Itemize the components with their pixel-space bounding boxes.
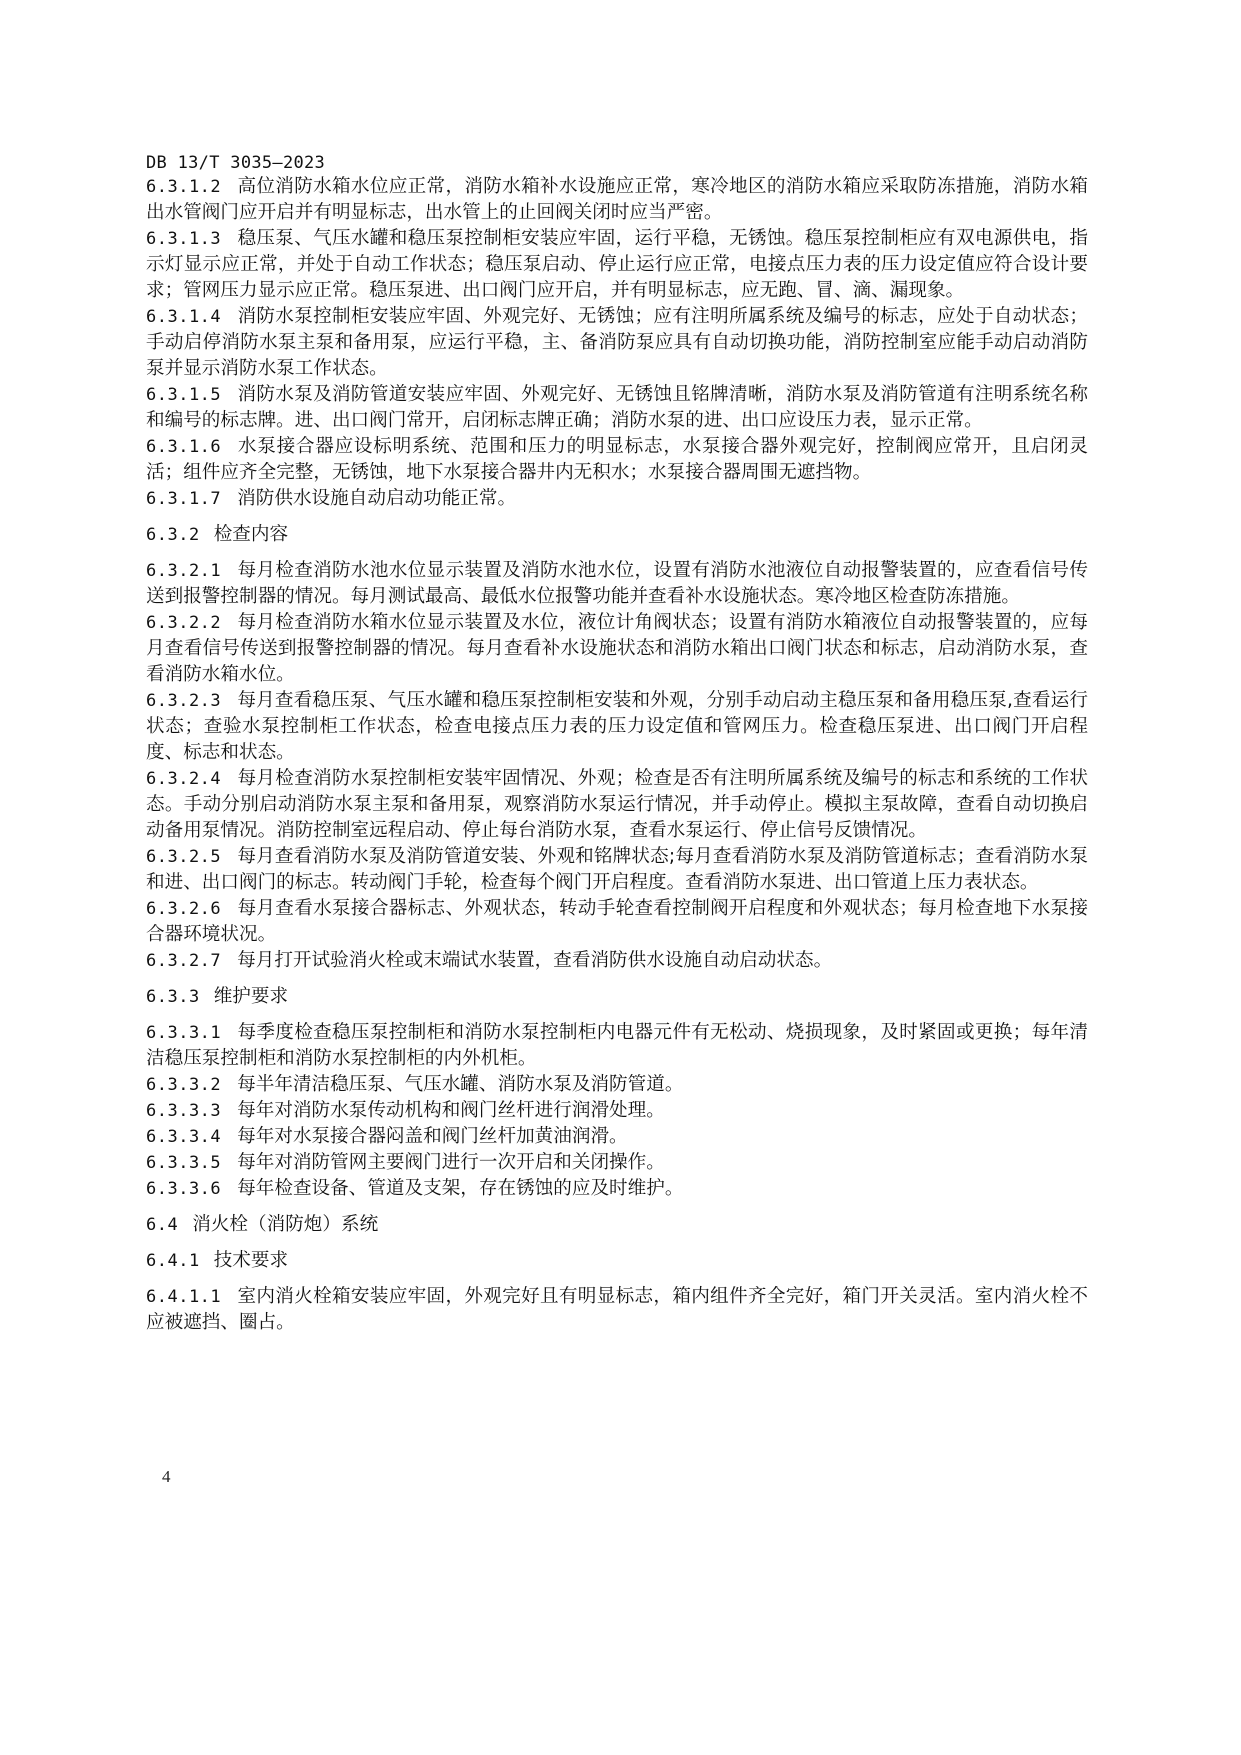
clause-6-3-1-6: 6.3.1.6水泵接合器应设标明系统、范围和压力的明显标志，水泵接合器外观完好，…	[146, 434, 1088, 486]
clause-text: 消防水泵及消防管道安装应牢固、外观完好、无锈蚀且铭牌清晰，消防水泵及消防管道有注…	[146, 384, 1088, 431]
section-heading-6-3-2: 6.3.2检查内容	[146, 522, 1088, 548]
section-heading-6-4: 6.4消火栓（消防炮）系统	[146, 1212, 1088, 1238]
clause-number: 6.3.3.5	[146, 1153, 221, 1173]
standard-header: DB 13/T 3035—2023	[146, 153, 325, 173]
section-title: 维护要求	[214, 986, 288, 1007]
clause-number: 6.3.1.3	[146, 229, 221, 249]
clause-6-3-2-3: 6.3.2.3每月查看稳压泵、气压水罐和稳压泵控制柜安装和外观，分别手动启动主稳…	[146, 688, 1088, 766]
clause-number: 6.3.2.6	[146, 899, 221, 919]
clause-text: 每月检查消防水泵控制柜安装牢固情况、外观；检查是否有注明所属系统及编号的标志和系…	[146, 768, 1088, 841]
section-title: 检查内容	[214, 524, 288, 545]
clause-number: 6.3.3.1	[146, 1023, 221, 1043]
clause-text: 消防水泵控制柜安装应牢固、外观完好、无锈蚀；应有注明所属系统及编号的标志，应处于…	[146, 306, 1088, 379]
clause-number: 6.3.2.1	[146, 561, 221, 581]
clause-text: 每年对水泵接合器闷盖和阀门丝杆加黄油润滑。	[237, 1126, 627, 1147]
section-number: 6.4.1	[146, 1251, 200, 1271]
clause-text: 每年检查设备、管道及支架，存在锈蚀的应及时维护。	[237, 1178, 683, 1199]
clause-text: 每年对消防管网主要阀门进行一次开启和关闭操作。	[237, 1152, 665, 1173]
section-title: 消火栓（消防炮）系统	[192, 1214, 378, 1235]
clause-6-3-2-5: 6.3.2.5每月查看消防水泵及消防管道安装、外观和铭牌状态;每月查看消防水泵及…	[146, 844, 1088, 896]
clause-text: 每月查看水泵接合器标志、外观状态，转动手轮查看控制阀开启程度和外观状态；每月检查…	[146, 898, 1088, 945]
clause-text: 每月检查消防水箱水位显示装置及水位，液位计角阀状态；设置有消防水箱液位自动报警装…	[146, 612, 1088, 685]
clause-number: 6.3.2.4	[146, 769, 221, 789]
clause-6-3-3-4: 6.3.3.4每年对水泵接合器闷盖和阀门丝杆加黄油润滑。	[146, 1124, 1088, 1150]
section-number: 6.3.3	[146, 987, 200, 1007]
clause-6-3-3-3: 6.3.3.3每年对消防水泵传动机构和阀门丝杆进行润滑处理。	[146, 1098, 1088, 1124]
clause-number: 6.3.3.3	[146, 1101, 221, 1121]
document-body: 6.3.1.2高位消防水箱水位应正常，消防水箱补水设施应正常，寒冷地区的消防水箱…	[146, 174, 1088, 1336]
clause-text: 室内消火栓箱安装应牢固，外观完好且有明显标志，箱内组件齐全完好，箱门开关灵活。室…	[146, 1286, 1088, 1333]
clause-text: 每季度检查稳压泵控制柜和消防水泵控制柜内电器元件有无松动、烧损现象，及时紧固或更…	[146, 1022, 1088, 1069]
clause-number: 6.3.2.7	[146, 951, 221, 971]
clause-6-3-2-1: 6.3.2.1每月检查消防水池水位显示装置及消防水池水位，设置有消防水池液位自动…	[146, 558, 1088, 610]
clause-number: 6.3.3.6	[146, 1179, 221, 1199]
clause-text: 每月检查消防水池水位显示装置及消防水池水位，设置有消防水池液位自动报警装置的，应…	[146, 560, 1088, 607]
clause-text: 每月打开试验消火栓或末端试水装置，查看消防供水设施自动启动状态。	[237, 950, 832, 971]
section-number: 6.4	[146, 1215, 178, 1235]
clause-6-3-3-5: 6.3.3.5每年对消防管网主要阀门进行一次开启和关闭操作。	[146, 1150, 1088, 1176]
clause-text: 高位消防水箱水位应正常，消防水箱补水设施应正常，寒冷地区的消防水箱应采取防冻措施…	[146, 176, 1088, 223]
section-number: 6.3.2	[146, 525, 200, 545]
clause-6-3-2-4: 6.3.2.4每月检查消防水泵控制柜安装牢固情况、外观；检查是否有注明所属系统及…	[146, 766, 1088, 844]
clause-number: 6.3.1.4	[146, 307, 221, 327]
clause-number: 6.3.2.2	[146, 613, 221, 633]
clause-text: 水泵接合器应设标明系统、范围和压力的明显标志，水泵接合器外观完好，控制阀应常开，…	[146, 436, 1088, 483]
clause-number: 6.3.1.2	[146, 177, 221, 197]
clause-6-3-1-5: 6.3.1.5消防水泵及消防管道安装应牢固、外观完好、无锈蚀且铭牌清晰，消防水泵…	[146, 382, 1088, 434]
section-title: 技术要求	[214, 1250, 288, 1271]
document-page: DB 13/T 3035—2023 6.3.1.2高位消防水箱水位应正常，消防水…	[0, 0, 1241, 1755]
clause-6-3-3-6: 6.3.3.6每年检查设备、管道及支架，存在锈蚀的应及时维护。	[146, 1176, 1088, 1202]
clause-text: 每年对消防水泵传动机构和阀门丝杆进行润滑处理。	[237, 1100, 665, 1121]
page-number: 4	[162, 1467, 171, 1487]
clause-number: 6.3.1.6	[146, 437, 221, 457]
clause-6-4-1-1: 6.4.1.1室内消火栓箱安装应牢固，外观完好且有明显标志，箱内组件齐全完好，箱…	[146, 1284, 1088, 1336]
clause-number: 6.3.3.4	[146, 1127, 221, 1147]
clause-text: 每月查看消防水泵及消防管道安装、外观和铭牌状态;每月查看消防水泵及消防管道标志；…	[146, 846, 1088, 893]
clause-number: 6.3.1.7	[146, 489, 221, 509]
clause-number: 6.3.2.3	[146, 691, 221, 711]
clause-text: 每月查看稳压泵、气压水罐和稳压泵控制柜安装和外观，分别手动启动主稳压泵和备用稳压…	[146, 690, 1088, 763]
clause-6-3-1-7: 6.3.1.7消防供水设施自动启动功能正常。	[146, 486, 1088, 512]
clause-text: 稳压泵、气压水罐和稳压泵控制柜安装应牢固，运行平稳，无锈蚀。稳压泵控制柜应有双电…	[146, 228, 1088, 301]
clause-6-3-1-3: 6.3.1.3稳压泵、气压水罐和稳压泵控制柜安装应牢固，运行平稳，无锈蚀。稳压泵…	[146, 226, 1088, 304]
clause-6-3-3-2: 6.3.3.2每半年清洁稳压泵、气压水罐、消防水泵及消防管道。	[146, 1072, 1088, 1098]
clause-number: 6.3.2.5	[146, 847, 221, 867]
clause-number: 6.3.3.2	[146, 1075, 221, 1095]
section-heading-6-4-1: 6.4.1技术要求	[146, 1248, 1088, 1274]
clause-6-3-2-6: 6.3.2.6每月查看水泵接合器标志、外观状态，转动手轮查看控制阀开启程度和外观…	[146, 896, 1088, 948]
clause-6-3-3-1: 6.3.3.1每季度检查稳压泵控制柜和消防水泵控制柜内电器元件有无松动、烧损现象…	[146, 1020, 1088, 1072]
clause-text: 每半年清洁稳压泵、气压水罐、消防水泵及消防管道。	[237, 1074, 683, 1095]
clause-number: 6.3.1.5	[146, 385, 221, 405]
section-heading-6-3-3: 6.3.3维护要求	[146, 984, 1088, 1010]
clause-number: 6.4.1.1	[146, 1287, 221, 1307]
clause-6-3-2-2: 6.3.2.2每月检查消防水箱水位显示装置及水位，液位计角阀状态；设置有消防水箱…	[146, 610, 1088, 688]
clause-6-3-1-2: 6.3.1.2高位消防水箱水位应正常，消防水箱补水设施应正常，寒冷地区的消防水箱…	[146, 174, 1088, 226]
clause-6-3-2-7: 6.3.2.7每月打开试验消火栓或末端试水装置，查看消防供水设施自动启动状态。	[146, 948, 1088, 974]
clause-6-3-1-4: 6.3.1.4消防水泵控制柜安装应牢固、外观完好、无锈蚀；应有注明所属系统及编号…	[146, 304, 1088, 382]
clause-text: 消防供水设施自动启动功能正常。	[237, 488, 516, 509]
